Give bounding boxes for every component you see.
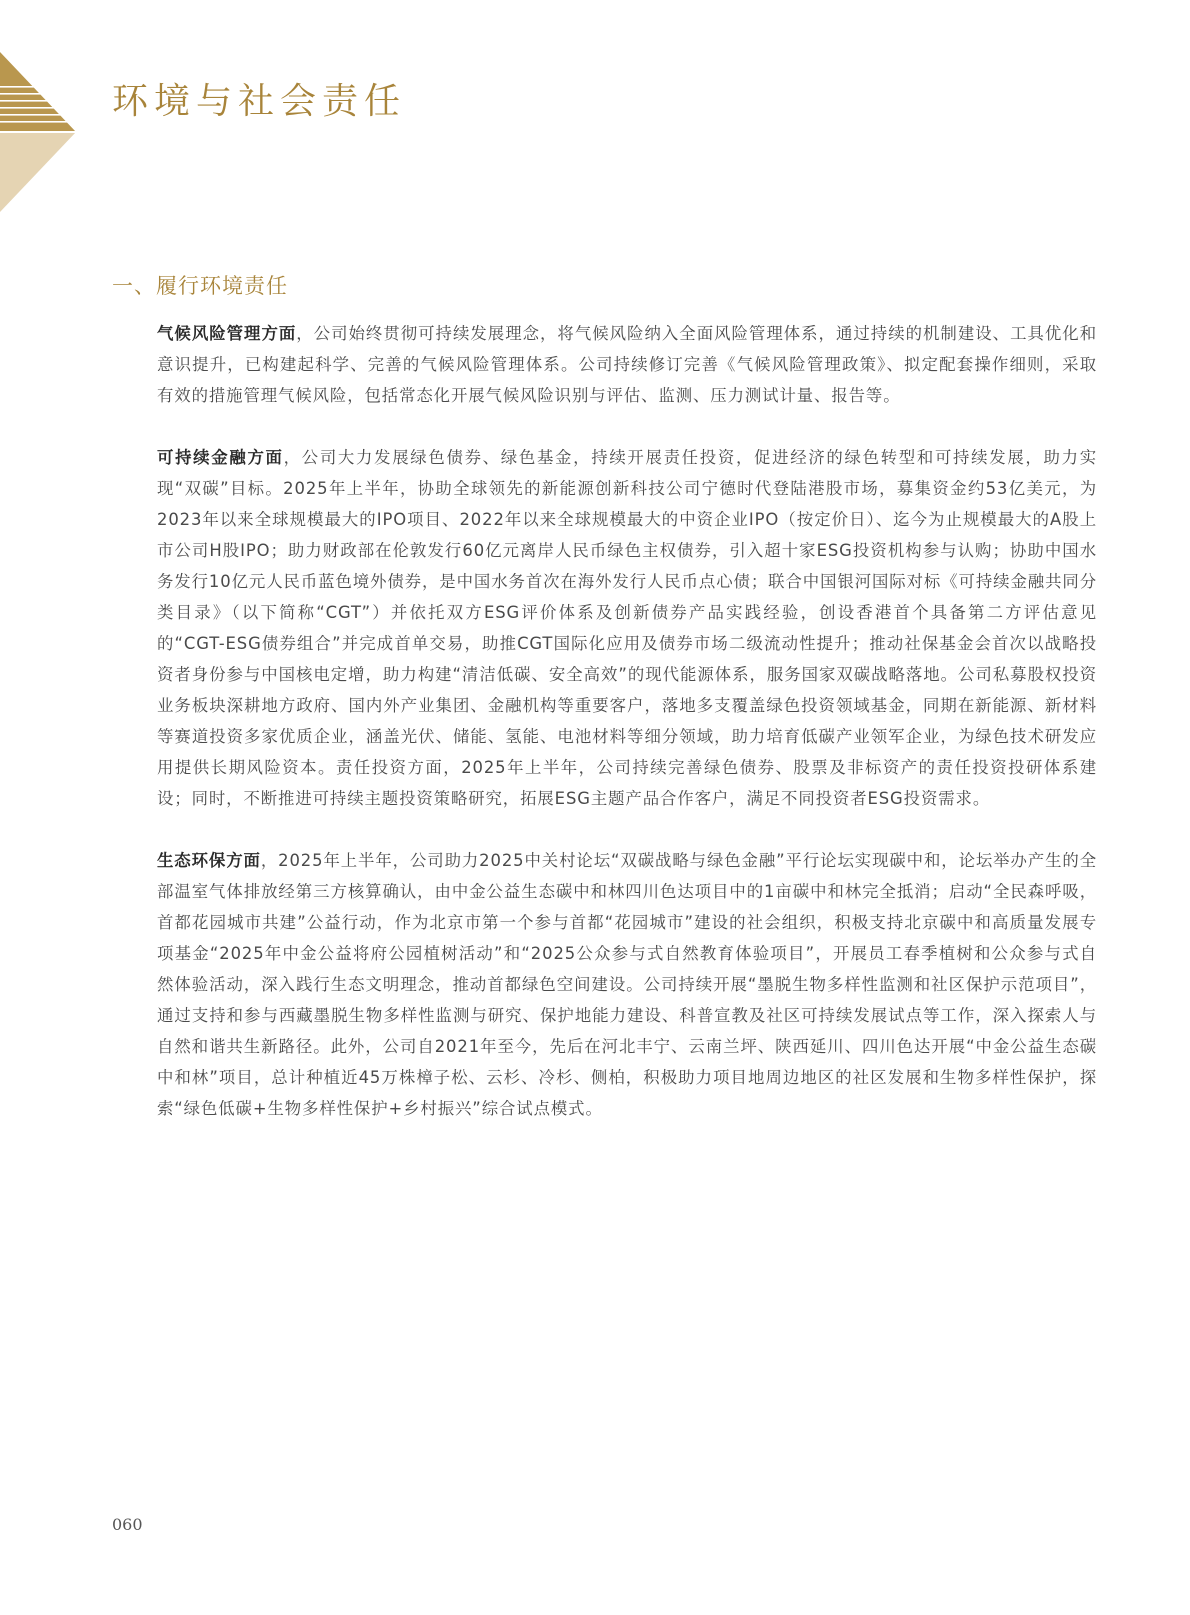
body-content: 气候风险管理方面，公司始终贯彻可持续发展理念，将气候风险纳入全面风险管理体系，通… (157, 318, 1097, 1155)
paragraph-body: ，2025年上半年，公司助力2025中关村论坛“双碳战略与绿色金融”平行论坛实现… (157, 851, 1097, 1118)
paragraph-ecology: 生态环保方面，2025年上半年，公司助力2025中关村论坛“双碳战略与绿色金融”… (157, 845, 1097, 1124)
page-title: 环境与社会责任 (112, 84, 406, 120)
paragraph-sustainable-finance: 可持续金融方面，公司大力发展绿色债券、绿色基金，持续开展责任投资，促进经济的绿色… (157, 442, 1097, 814)
corner-triangle-decoration (0, 52, 80, 212)
page-number: 060 (112, 1515, 143, 1534)
paragraph-climate-risk: 气候风险管理方面，公司始终贯彻可持续发展理念，将气候风险纳入全面风险管理体系，通… (157, 318, 1097, 411)
paragraph-body: ，公司始终贯彻可持续发展理念，将气候风险纳入全面风险管理体系，通过持续的机制建设… (157, 324, 1097, 405)
section-heading: 一、履行环境责任 (112, 276, 288, 297)
paragraph-lead: 生态环保方面 (157, 851, 261, 870)
paragraph-lead: 可持续金融方面 (157, 448, 284, 467)
paragraph-lead: 气候风险管理方面 (157, 324, 296, 343)
paragraph-body: ，公司大力发展绿色债券、绿色基金，持续开展责任投资，促进经济的绿色转型和可持续发… (157, 448, 1097, 808)
